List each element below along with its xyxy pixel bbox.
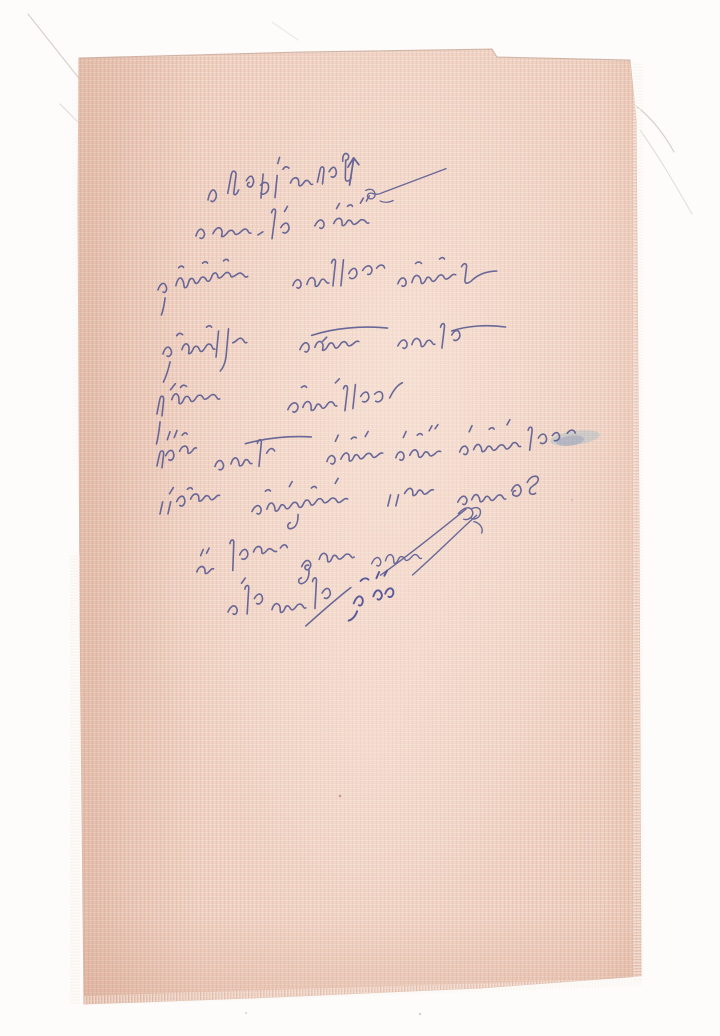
fabric-texture: [70, 40, 650, 1010]
fabric-cloth: [70, 40, 650, 1010]
left-fringe-upper: [72, 90, 79, 470]
right-fringe: [633, 62, 643, 982]
fabric-speck: [571, 499, 573, 501]
dust-speck: [245, 1012, 247, 1014]
scan-background: cursive Thai/Pali handwriting, approxima…: [0, 0, 720, 1036]
loose-thread-right: [640, 130, 692, 214]
bottom-shading: [70, 40, 650, 1010]
fabric-speck: [339, 795, 342, 798]
left-fringe: [70, 555, 80, 1005]
dust-speck: [419, 1013, 421, 1015]
scratch-top-center: [272, 22, 298, 40]
scanned-cloth-photo: [0, 0, 720, 1036]
